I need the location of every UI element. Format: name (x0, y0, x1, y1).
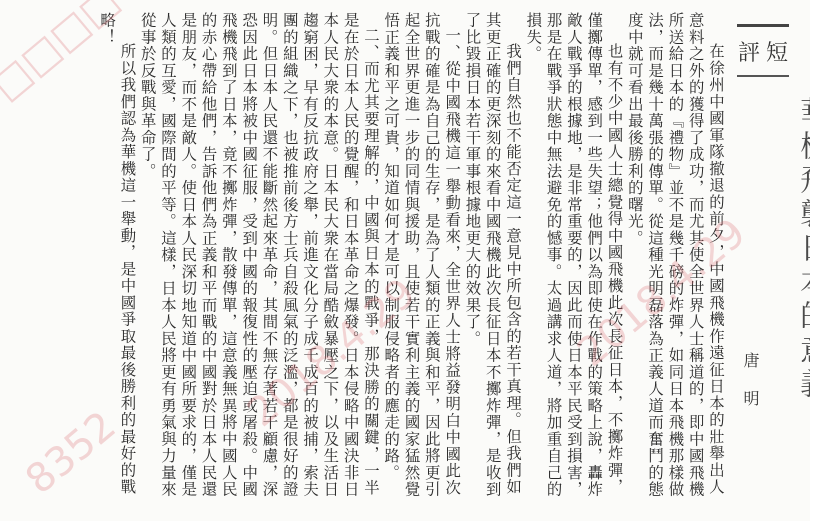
paragraph-point-two: 二、而尤其要理解的，中國與日本的戰爭，那決勝的關鍵，一半是在於日本人民的覺醒，和… (137, 12, 381, 507)
article-body: 在徐州中國軍隊撤退的前夕，中國飛機作遠征日本的壯舉出人意料之外的獲得了成功，而尤… (97, 12, 726, 507)
paragraph-intro: 在徐州中國軍隊撤退的前夕，中國飛機作遠征日本的壯舉出人意料之外的獲得了成功，而尤… (625, 12, 726, 507)
paragraph-objection: 也有不少中國人士總覺得中國飛機此次長征日本，不擲炸彈，僅擲傳單，感到一些失望；他… (523, 12, 624, 507)
paragraph-conclusion: 所以我們認為華機這一舉動，是中國爭取最後勝利的最好的戰略！ (97, 12, 138, 507)
section-tag-char: 評 (738, 36, 760, 67)
newspaper-page: 短 評 華機飛襲日本的意義 唐明 在徐州中國軍隊撤退的前夕，中國飛機作遠征日本的… (0, 0, 824, 521)
section-tag-short-commentary: 短 評 (737, 24, 789, 77)
paragraph-response: 我們自然也不能否定這一意見中所包含的若干真理。但我們如其更正確的更深刻的來看中國… (462, 12, 523, 507)
section-tag-char: 短 (766, 36, 788, 67)
article-title: 華機飛襲日本的意義 (796, 96, 824, 402)
paragraph-point-one: 一、從中國飛機這一舉動看來，全世界人士將益發明白中國此次抗戰的確是為自己的生存，… (381, 12, 462, 507)
article-author: 唐明 (742, 352, 758, 428)
